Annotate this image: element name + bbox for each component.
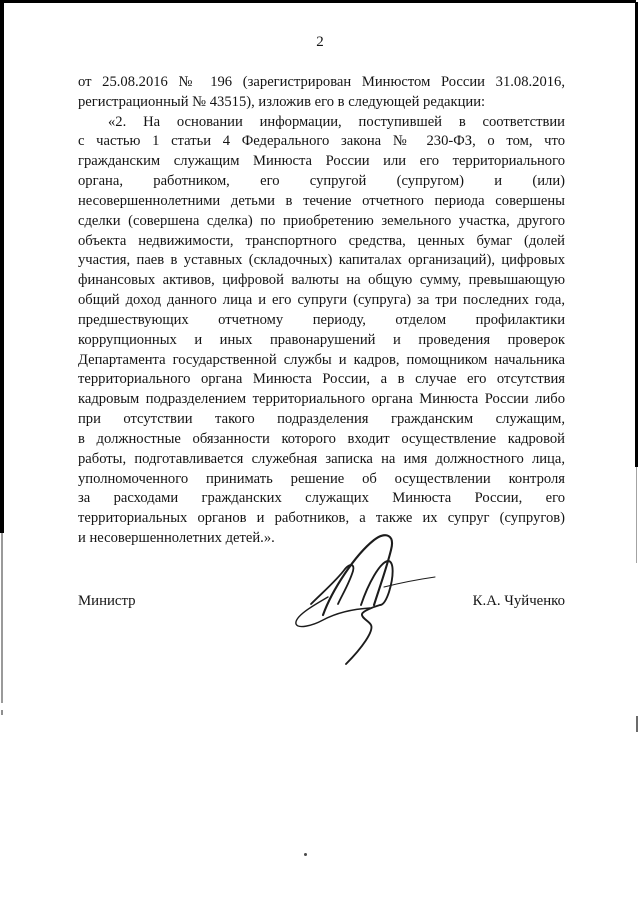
page-number: 2 bbox=[0, 34, 640, 51]
scan-artifact-left-dots bbox=[1, 710, 3, 715]
text-line: несовершеннолетними детьми в течение отч… bbox=[78, 192, 565, 212]
signer-title: Министр bbox=[78, 593, 136, 610]
scan-artifact-speck bbox=[304, 853, 307, 856]
text-line: от 25.08.2016 № 196 (зарегистрирован Мин… bbox=[78, 73, 565, 93]
text-line: Департамента государственной службы и ка… bbox=[78, 351, 565, 371]
text-line: уполномоченного принимать решение об осу… bbox=[78, 470, 565, 490]
text-line: сделки (совершена сделка) по приобретени… bbox=[78, 212, 565, 232]
text-line: участия, паев в уставных (складочных) ка… bbox=[78, 251, 565, 271]
text-line: коррупционных и иных правонарушений и пр… bbox=[78, 331, 565, 351]
text-line: объекта недвижимости, транспортного сред… bbox=[78, 232, 565, 252]
scan-border-right bbox=[635, 2, 638, 467]
text-line: с частью 1 статьи 4 Федерального закона … bbox=[78, 132, 565, 152]
text-line: работы, подготавливается служебная запис… bbox=[78, 450, 565, 470]
text-line: «2. На основании информации, поступившей… bbox=[78, 113, 565, 133]
text-line: территориального органа Минюста России, … bbox=[78, 370, 565, 390]
scanned-document-page: { "page": { "number": "2" }, "body_text"… bbox=[0, 0, 640, 905]
scan-border-top bbox=[0, 0, 636, 3]
scan-border-right-faded bbox=[636, 467, 637, 563]
text-line: предшествующих отчетному периоду, отдело… bbox=[78, 311, 565, 331]
signature-block: Министр К.А. Чуйченко bbox=[78, 593, 565, 610]
text-line: общий доход данного лица и его супруги (… bbox=[78, 291, 565, 311]
text-line: за расходами гражданских служащих Минюст… bbox=[78, 489, 565, 509]
text-line: органа, работником, его супругой (супруг… bbox=[78, 172, 565, 192]
text-line: в должностные обязанности которого входи… bbox=[78, 430, 565, 450]
scan-border-left bbox=[0, 0, 4, 533]
text-line: кадровым подразделением территориального… bbox=[78, 390, 565, 410]
text-line: регистрационный № 43515), изложив его в … bbox=[78, 93, 565, 113]
signer-name: К.А. Чуйченко bbox=[473, 593, 565, 610]
document-body-text: от 25.08.2016 № 196 (зарегистрирован Мин… bbox=[78, 73, 565, 549]
text-line: финансовых активов, цифровой валюты на о… bbox=[78, 271, 565, 291]
scan-border-left-faded bbox=[1, 533, 3, 703]
text-line: при отсутствии такого подразделения граж… bbox=[78, 410, 565, 430]
text-line: гражданским служащим Минюста России или … bbox=[78, 152, 565, 172]
scan-artifact-right-tick bbox=[636, 716, 638, 732]
